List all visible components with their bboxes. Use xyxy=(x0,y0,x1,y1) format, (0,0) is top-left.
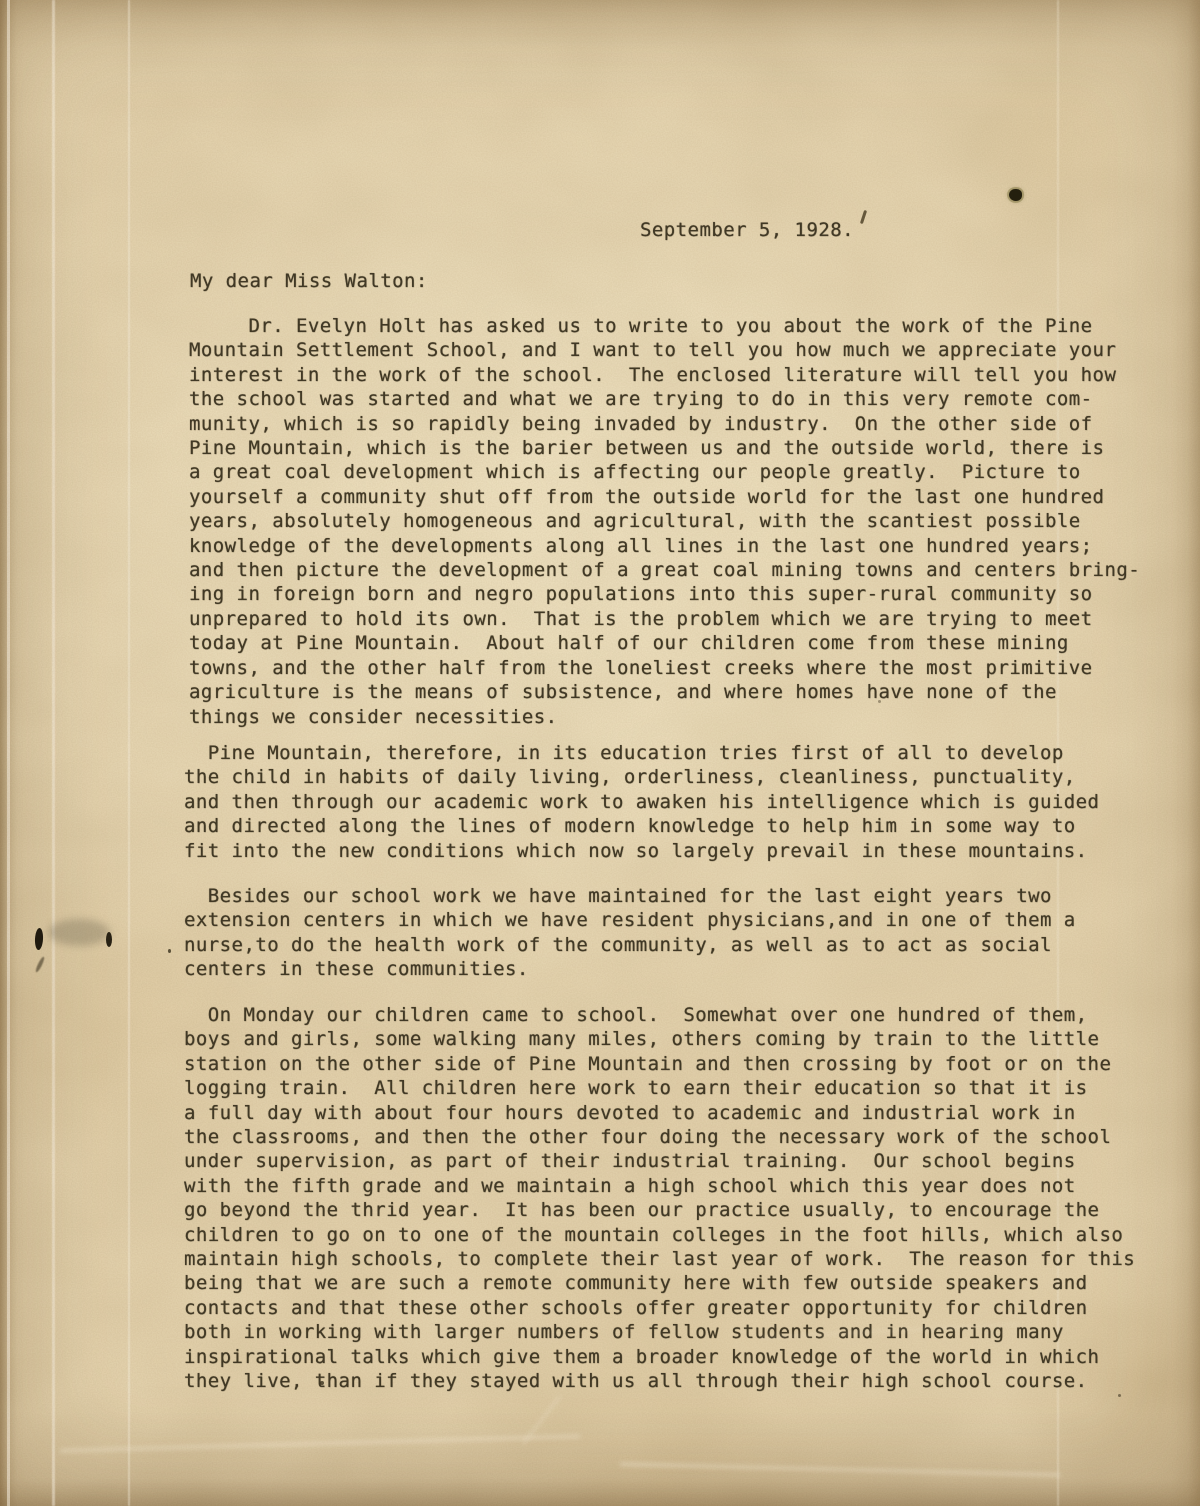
paper-fold-line xyxy=(7,0,10,1506)
margin-ink-mark xyxy=(106,932,112,947)
letter-salutation: My dear Miss Walton: xyxy=(190,269,428,293)
paper-speck xyxy=(168,949,171,953)
paper-crease xyxy=(60,1435,580,1453)
ink-smudge xyxy=(48,919,110,946)
letter-paragraph-1: Dr. Evelyn Holt has asked us to write to… xyxy=(189,314,1140,729)
paper-fold-line xyxy=(52,0,55,1506)
letter-paragraph-2: Pine Mountain, therefore, in its educati… xyxy=(184,741,1099,863)
paper-crease xyxy=(522,1395,561,1444)
letter-date: September 5, 1928. xyxy=(640,218,854,242)
margin-ink-mark xyxy=(34,956,45,973)
paper-fold-line xyxy=(128,0,130,1506)
stray-pen-tick xyxy=(860,210,867,224)
ink-blot xyxy=(1009,189,1022,201)
letter-paragraph-3: Besides our school work we have maintain… xyxy=(184,884,1076,982)
paper-crease xyxy=(620,1463,1060,1477)
margin-ink-mark xyxy=(34,928,43,950)
letter-page: September 5, 1928. My dear Miss Walton: … xyxy=(0,0,1200,1506)
paper-speck xyxy=(1118,1394,1121,1397)
paper-speck xyxy=(878,700,881,703)
paper-speck xyxy=(320,1381,324,1385)
letter-paragraph-4: On Monday our children came to school. S… xyxy=(184,1003,1135,1394)
